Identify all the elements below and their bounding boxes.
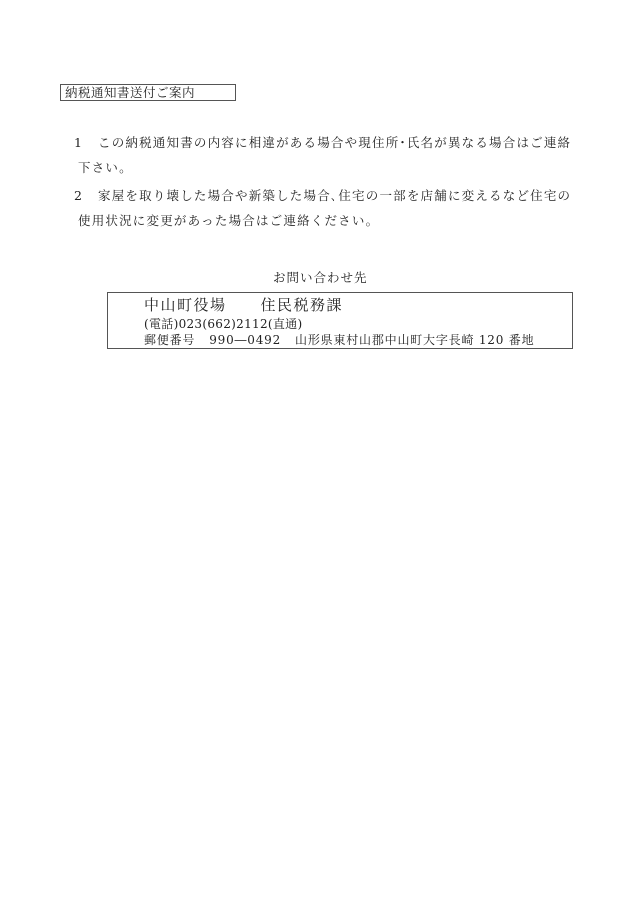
notice-item-2: 2家屋を取り壊した場合や新築した場合､住宅の一部を店舗に変えるなど住宅の 使用状… xyxy=(74,183,571,233)
address: 山形県東村山郡中山町大字長崎 120 番地 xyxy=(295,333,534,347)
document-title-box: 納税通知書送付ご案内 xyxy=(60,84,236,101)
office-line: 中山町役場住民税務課 xyxy=(144,294,343,315)
department-name: 住民税務課 xyxy=(261,296,344,314)
address-line: 郵便番号990―0492山形県東村山郡中山町大字長崎 120 番地 xyxy=(144,331,534,348)
postal-code: 990―0492 xyxy=(209,333,281,347)
notice-number: 2 xyxy=(74,183,98,208)
phone-line: (電話)023(662)2112(直通) xyxy=(144,315,302,332)
notice-text-line2: 下さい。 xyxy=(74,155,571,180)
document-title: 納税通知書送付ご案内 xyxy=(65,85,195,100)
inquiry-heading: お問い合わせ先 xyxy=(273,268,368,286)
notice-text-line1: この納税通知書の内容に相違がある場合や現住所･氏名が異なる場合はご連絡 xyxy=(98,135,571,150)
notice-number: 1 xyxy=(74,130,98,155)
notice-text-line2: 使用状況に変更があった場合はご連絡ください。 xyxy=(74,208,571,233)
document-page: 納税通知書送付ご案内 1この納税通知書の内容に相違がある場合や現住所･氏名が異な… xyxy=(0,0,630,915)
notice-text-line1: 家屋を取り壊した場合や新築した場合､住宅の一部を店舗に変えるなど住宅の xyxy=(98,188,571,203)
postal-label: 郵便番号 xyxy=(144,333,195,347)
notice-item-1: 1この納税通知書の内容に相違がある場合や現住所･氏名が異なる場合はご連絡 下さい… xyxy=(74,130,571,180)
office-name: 中山町役場 xyxy=(144,296,227,314)
contact-box: 中山町役場住民税務課 (電話)023(662)2112(直通) 郵便番号990―… xyxy=(107,292,573,349)
